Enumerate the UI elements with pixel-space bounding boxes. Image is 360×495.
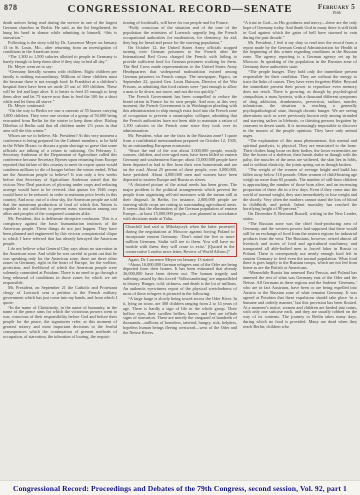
- paragraph: “A large barge is slowly being towed acr…: [123, 297, 237, 336]
- paragraph: “On the way to Berlin we saw a caravan o…: [3, 109, 117, 134]
- text-columns: death notices being read during the serv…: [0, 19, 360, 480]
- record-title: CONGRESSIONAL RECORD—SENATE: [0, 3, 360, 15]
- date-block: February 5 1946: [318, 3, 355, 15]
- paragraph: “Germany literally swarms with children.…: [3, 70, 117, 104]
- paragraph: “A distorted picture of the actual needs…: [123, 183, 237, 257]
- caption-bar: Congressional Record: Proceedings and De…: [0, 480, 360, 495]
- paragraph: The French Government has been compelled…: [123, 95, 237, 134]
- paragraph: “The Russian zone was the chief food-pro…: [243, 222, 357, 271]
- paragraph: “In the name of Christianity, in the nam…: [3, 306, 117, 340]
- column-left: death notices being read during the serv…: [3, 21, 117, 480]
- column-right: “A trust in God—in His goodness and merc…: [243, 21, 357, 480]
- record-year: 1946: [332, 10, 341, 15]
- paragraph: Mr. President, I feel it my duty to read…: [243, 41, 357, 70]
- paragraph: Mr. President, this is deliberate decept…: [3, 217, 117, 246]
- paragraph: “The weight of the women of average heig…: [243, 168, 357, 212]
- paragraph: Following is the story told by Dr. Lawre…: [3, 41, 117, 56]
- paragraph: I do not believe what General Clay says …: [3, 247, 117, 286]
- paragraph: “A trust in God—in His goodness and merc…: [243, 21, 357, 41]
- paragraph: Mr. President, what are the facts in the…: [123, 134, 237, 149]
- paragraph: “Fully conscious of the situation and of…: [123, 26, 237, 46]
- paragraph: “The people hunger. They hold only the i…: [243, 70, 357, 139]
- paragraph: Whom are we to believe, Mr. President? A…: [3, 134, 117, 217]
- paragraph: death notices being read during the serv…: [3, 21, 117, 41]
- congressional-record-page-scan: 878 CONGRESSIONAL RECORD—SENATE February…: [0, 0, 360, 495]
- paragraph-text: “A distorted picture of the actual needs…: [123, 182, 237, 221]
- page-header: 878 CONGRESSIONAL RECORD—SENATE February…: [0, 0, 360, 19]
- paragraph: “The explanation of this mass phenomenon…: [243, 139, 357, 168]
- paragraph: Mr. President, on September 21 the Catho…: [3, 286, 117, 306]
- paragraph: “About 16,000,000 German refugees east o…: [123, 263, 237, 297]
- paragraph: “Since the end of the war about 3,000,00…: [123, 149, 237, 183]
- paragraph: “Meanwhile Russia has annexed East Pruss…: [243, 271, 357, 330]
- highlight-box: Churchill had said to Mikolajczyk when t…: [123, 223, 237, 256]
- footer-caption: Congressional Record: Proceedings and De…: [13, 484, 347, 493]
- paragraph: On October 12, the United States Army of…: [123, 46, 237, 95]
- column-middle: tioning of foodstuffs, will have for our…: [123, 21, 237, 480]
